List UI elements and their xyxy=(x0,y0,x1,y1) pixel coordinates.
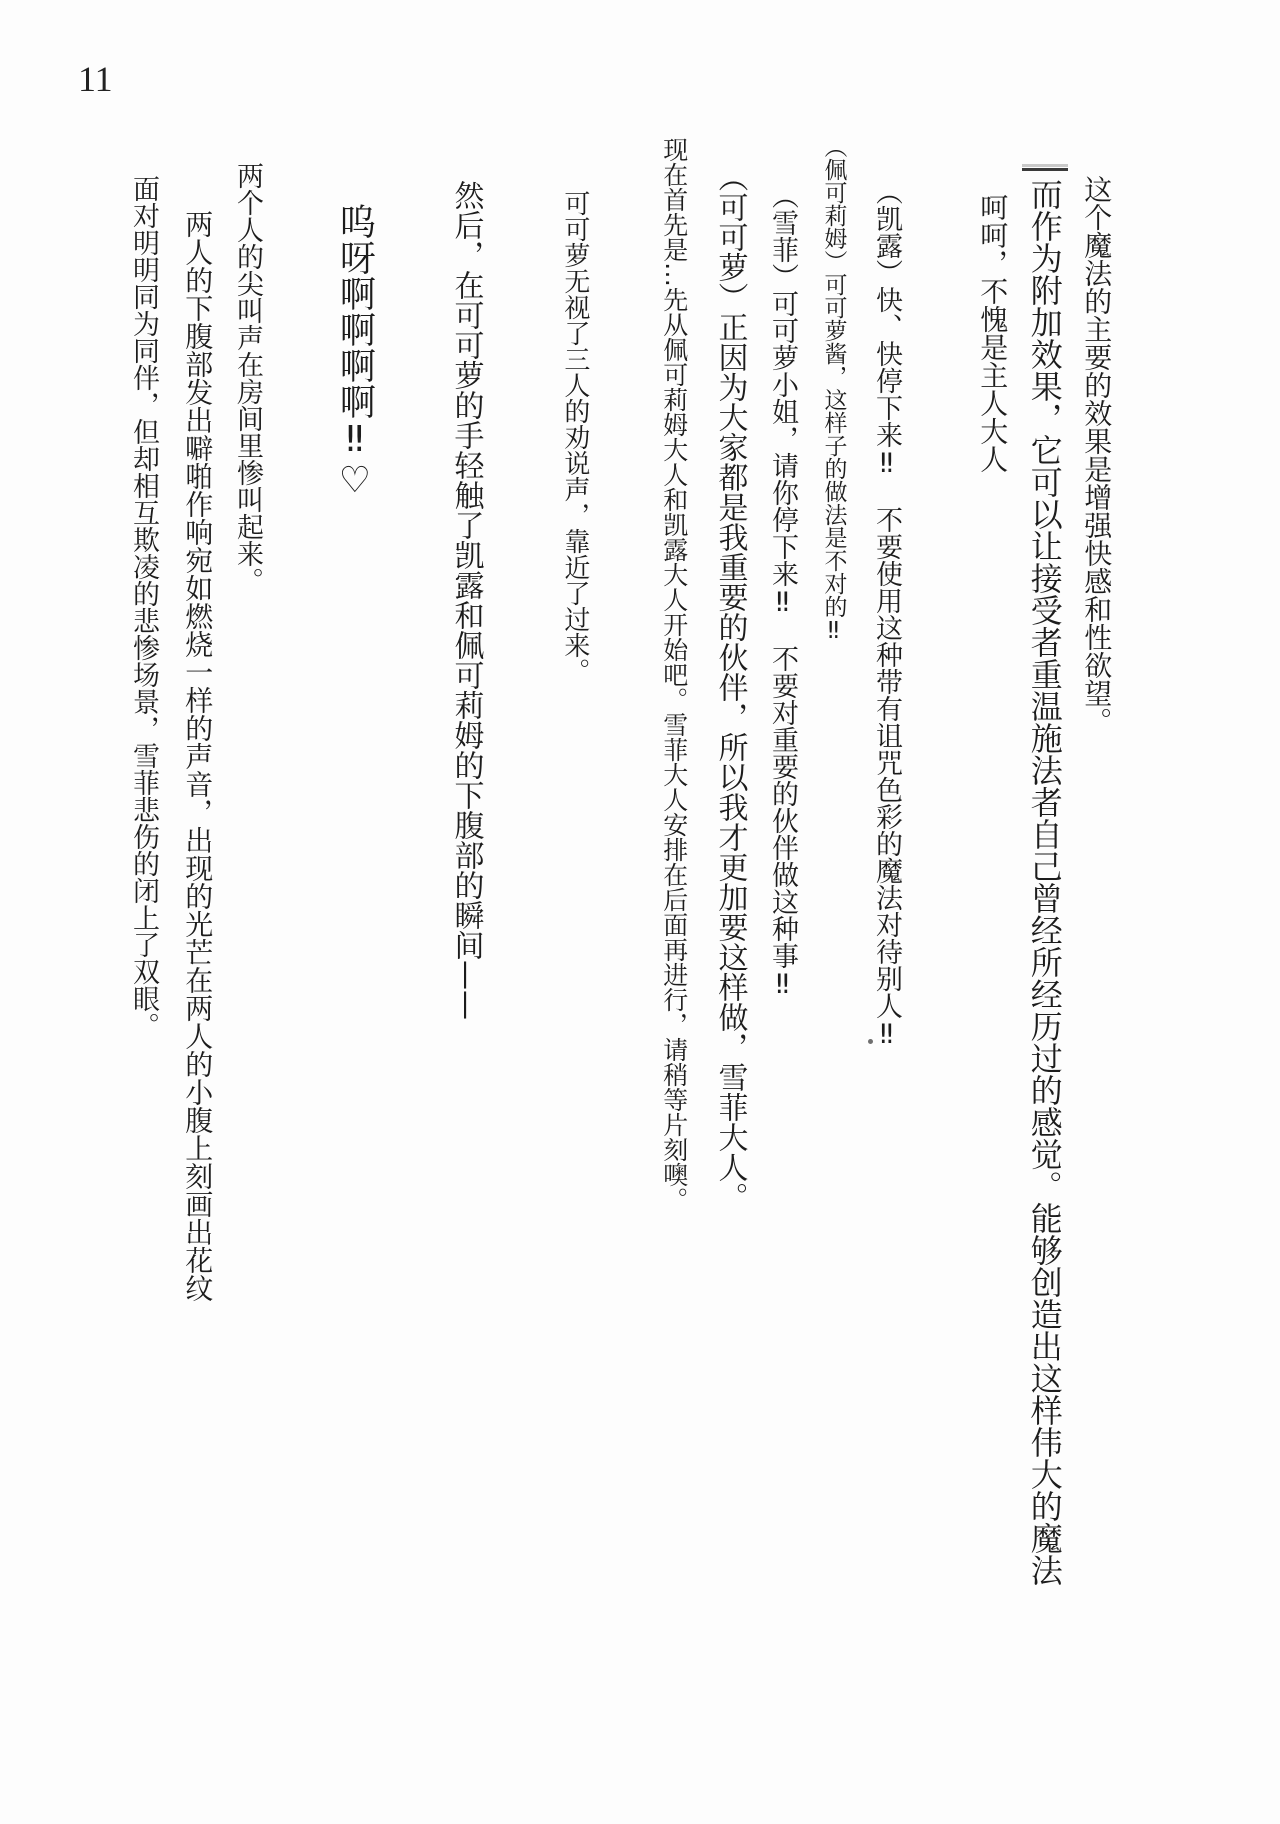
scan-artifact-line xyxy=(1022,168,1068,171)
dialogue-kokkoro-next: 现在首先是…先从佩可莉姆大人和凯露大人开始吧。雪菲大人安排在后面再进行，请稍等片… xyxy=(659,137,688,1212)
dialogue-pecorine: （佩可莉姆）可可萝酱，这样子的做法是不对的‼ xyxy=(820,135,846,644)
narration-hand-touch: 然后，在可可萝的手轻触了凯露和佩可莉姆的下腹部的瞬间—— xyxy=(448,180,483,1020)
monologue-praise-master: 呵呵，不愧是主人大人 xyxy=(976,193,1008,473)
narration-screams-in-room: 两个人的尖叫声在房间里惨叫起来。 xyxy=(232,162,263,594)
narration-magic-side-effect: 而作为附加效果，它可以让接受者重温施法者自己曾经所经历过的感觉。能够创造出这样伟… xyxy=(1026,178,1063,1586)
dialogue-shefi: （雪菲）可可萝小姐，请你停下来‼ 不要对重要的伙伴做这种事‼ xyxy=(767,182,798,1000)
dialogue-kyaru: （凯露）快、快停下来‼ 不要使用这种带有诅咒色彩的魔法对待别人‼ xyxy=(871,178,902,1050)
dialogue-kokkoro: （可可萝）正因为大家都是我重要的伙伴，所以我才更加要这样做，雪菲大人。 xyxy=(712,162,747,1212)
narration-shefi-closes-eyes: 面对明明同为同伴，但却相互欺凌的悲惨场景，雪菲悲伤的闭上了双眼。 xyxy=(128,175,159,1039)
narration-magic-main-effect: 这个魔法的主要的效果是增强快感和性欲望。 xyxy=(1080,175,1112,735)
page-number: 11 xyxy=(78,58,113,100)
scream-line: 呜呀啊啊啊啊‼♡ xyxy=(334,203,375,501)
manga-text-page: 11 这个魔法的主要的效果是增强快感和性欲望。 而作为附加效果，它可以让接受者重… xyxy=(0,0,1280,1824)
narration-kokkoro-approach: 可可萝无视了三人的劝说声，靠近了过来。 xyxy=(559,190,589,684)
narration-glowing-pattern: 两人的下腹部发出噼啪作响宛如燃烧一样的声音，出现的光芒在两人的小腹上刻画出花纹 xyxy=(181,210,213,1302)
